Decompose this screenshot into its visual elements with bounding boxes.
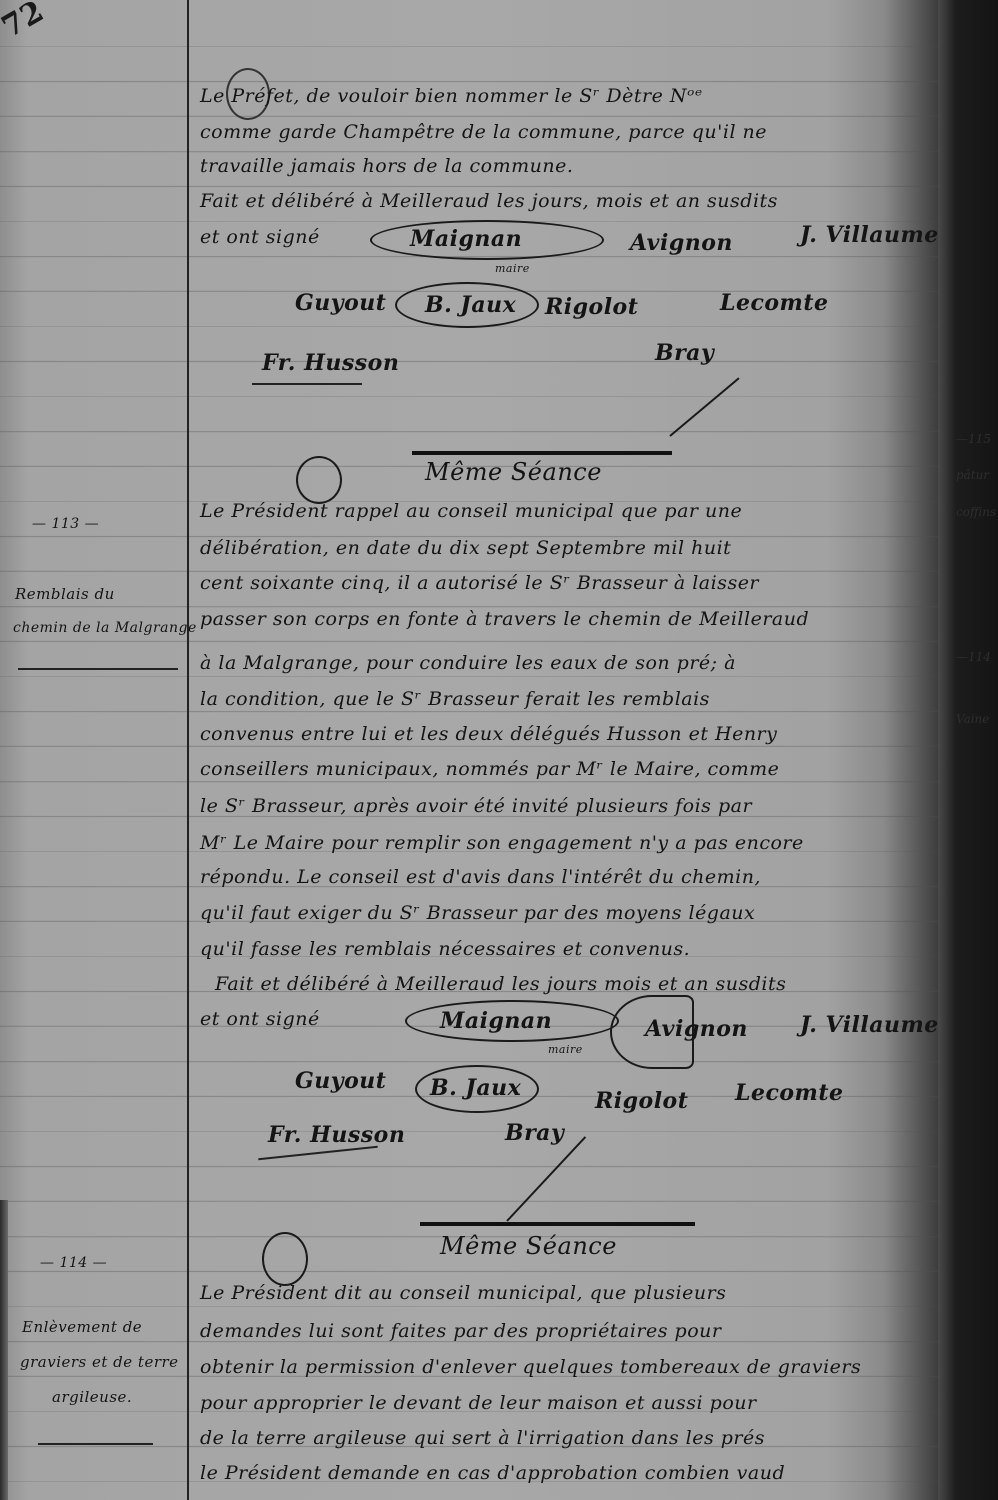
section-heading: Même Séance <box>425 458 602 486</box>
text-line: répondu. Le conseil est d'avis dans l'in… <box>200 866 761 888</box>
signature: Rigolot <box>595 1088 688 1114</box>
text-line: Le Préfet, de vouloir bien nommer le Sʳ … <box>200 85 703 107</box>
text-line: la condition, que le Sʳ Brasseur ferait … <box>200 688 710 710</box>
section-divider <box>412 451 672 455</box>
signature: Rigolot <box>545 294 638 320</box>
signature: B. Jaux <box>425 292 516 318</box>
text-line: Le Président dit au conseil municipal, q… <box>200 1282 726 1304</box>
text-line: à la Malgrange, pour conduire les eaux d… <box>200 652 736 674</box>
text-line: convenus entre lui et les deux délégués … <box>200 723 777 745</box>
signature: Guyout <box>295 1068 386 1094</box>
signature: Avignon <box>645 1016 748 1042</box>
text-line: obtenir la permission d'enlever quelques… <box>200 1356 861 1378</box>
page-edge-shadow <box>0 1200 8 1500</box>
text-line: le Président demande en cas d'approbatio… <box>200 1462 785 1484</box>
signature: Fr. Husson <box>262 350 399 376</box>
text-line: conseillers municipaux, nommés par Mʳ le… <box>200 758 779 780</box>
text-line: et ont signé <box>200 1008 320 1030</box>
text-line: pour approprier le devant de leur maison… <box>200 1392 757 1414</box>
text-line: le Sʳ Brasseur, après avoir été invité p… <box>200 795 752 817</box>
text-line: passer son corps en fonte à travers le c… <box>200 608 809 630</box>
entry-number: — 113 — <box>32 516 99 532</box>
signature: Avignon <box>630 230 733 256</box>
signature: J. Villaume <box>800 1012 939 1038</box>
text-line: qu'il faut exiger du Sʳ Brasseur par des… <box>200 902 755 924</box>
signature: Lecomte <box>735 1080 843 1106</box>
signature-maire-label: maire <box>548 1043 583 1056</box>
section-divider <box>420 1222 695 1226</box>
signature: Lecomte <box>720 290 828 316</box>
signature-maire: Maignan <box>410 226 522 252</box>
ghost-text: pâtur <box>956 468 989 482</box>
initial-flourish <box>296 456 342 504</box>
entry-number: — 114 — <box>40 1255 107 1271</box>
text-line: demandes lui sont faites par des proprié… <box>200 1320 721 1342</box>
text-line: qu'il fasse les remblais nécessaires et … <box>200 938 690 960</box>
signature: Bray <box>505 1120 564 1146</box>
text-line: Fait et délibéré à Meilleraud les jours,… <box>200 190 778 212</box>
text-line: de la terre argileuse qui sert à l'irrig… <box>200 1427 765 1449</box>
facing-page-shadow: —115 pâtur coffins —114 Vaine <box>938 0 998 1500</box>
margin-title: Enlèvement de <box>22 1318 142 1336</box>
text-line: cent soixante cinq, il a autorisé le Sʳ … <box>200 572 759 594</box>
text-line: Le Président rappel au conseil municipal… <box>200 500 742 522</box>
margin-title-underline <box>38 1443 153 1445</box>
ghost-text: —114 <box>956 650 991 664</box>
margin-rule <box>187 0 189 1500</box>
text-line: Fait et délibéré à Meilleraud les jours … <box>215 973 786 995</box>
text-line: comme garde Champêtre de la commune, par… <box>200 121 767 143</box>
text-line: délibération, en date du dix sept Septem… <box>200 537 731 559</box>
signature-underline <box>252 383 362 385</box>
margin-title: chemin de la Malgrange <box>13 620 197 636</box>
margin-title: argileuse. <box>52 1388 132 1406</box>
margin-title: Remblais du <box>15 585 115 603</box>
ghost-text: —115 <box>956 432 991 446</box>
signature: Fr. Husson <box>268 1122 405 1148</box>
signature-maire-label: maire <box>495 262 530 275</box>
register-page: 72 Le Préfet, de vouloir bien nommer le … <box>0 0 940 1500</box>
signature: B. Jaux <box>430 1075 521 1101</box>
initial-flourish <box>262 1232 308 1286</box>
margin-title: graviers et de terre <box>20 1353 179 1371</box>
signature: Guyout <box>295 290 386 316</box>
text-line: travaille jamais hors de la commune. <box>200 155 573 177</box>
section-heading: Même Séance <box>440 1232 617 1260</box>
signature: J. Villaume <box>800 222 939 248</box>
signature: Bray <box>655 340 714 366</box>
ghost-text: coffins <box>956 505 996 519</box>
margin-title-underline <box>18 668 178 670</box>
text-line: Mʳ Le Maire pour remplir son engagement … <box>200 832 804 854</box>
ghost-text: Vaine <box>956 712 989 726</box>
text-line: et ont signé <box>200 226 320 248</box>
signature-maire: Maignan <box>440 1008 552 1034</box>
